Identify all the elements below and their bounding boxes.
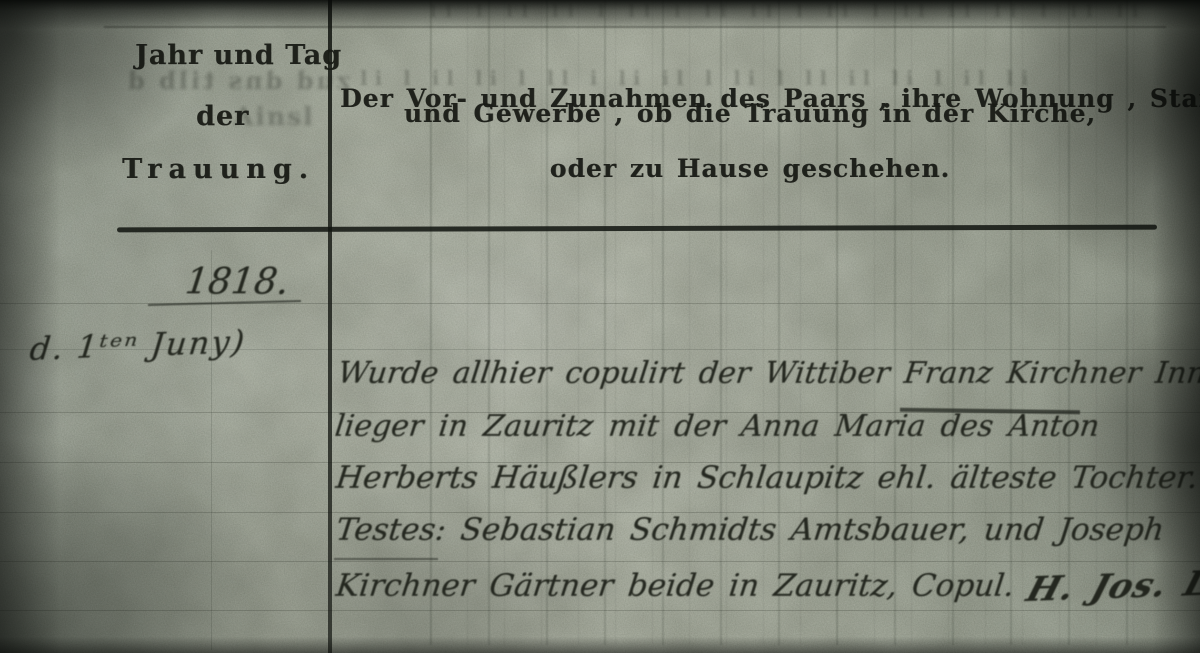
ruling-line (0, 561, 1200, 562)
entry-body-line: Testes: Sebastian Schmidts Amtsbauer, un… (334, 512, 1166, 548)
left-header-line2: der (196, 101, 249, 132)
testes-underline (334, 558, 438, 560)
right-header-line2: und Gewerbe , ob die Trauung in der Kirc… (340, 99, 1160, 128)
register-photo: zud dns tilb d Ainsl li l il li l ll i l… (0, 0, 1200, 653)
entry-body-line: Wurde allhier copulirt der Wittiber Fran… (336, 356, 1200, 391)
left-header-line1: Jahr und Tag (135, 40, 342, 71)
ruling-line (0, 610, 1200, 611)
right-header-line3: oder zu Hause geschehen. (340, 154, 1160, 183)
priest-signature: H. Jos. Lehoff (1022, 560, 1200, 610)
column-divider-rule (328, 0, 332, 653)
entry-date: d. 1ᵗᵉⁿ Juny) (28, 323, 248, 368)
header-bottom-rule (117, 225, 1157, 233)
entry-body-line5-text: Kirchner Gärtner beide in Zauritz, Copul… (334, 568, 1016, 604)
entry-body-line: Kirchner Gärtner beide in Zauritz, Copul… (334, 565, 1200, 605)
right-column-header: Der Vor- und Zunahmen des Paars , ihre W… (340, 0, 1160, 183)
entry-year: 1818. (183, 262, 291, 303)
entry-body-line: Herberts Häußlers in Schlaupitz ehl. ält… (334, 460, 1200, 496)
left-header-line3: Trauung. (122, 154, 315, 185)
bleedthrough-line-left (211, 250, 212, 650)
entry-body-line: lieger in Zauritz mit der Anna Maria des… (333, 409, 1101, 444)
